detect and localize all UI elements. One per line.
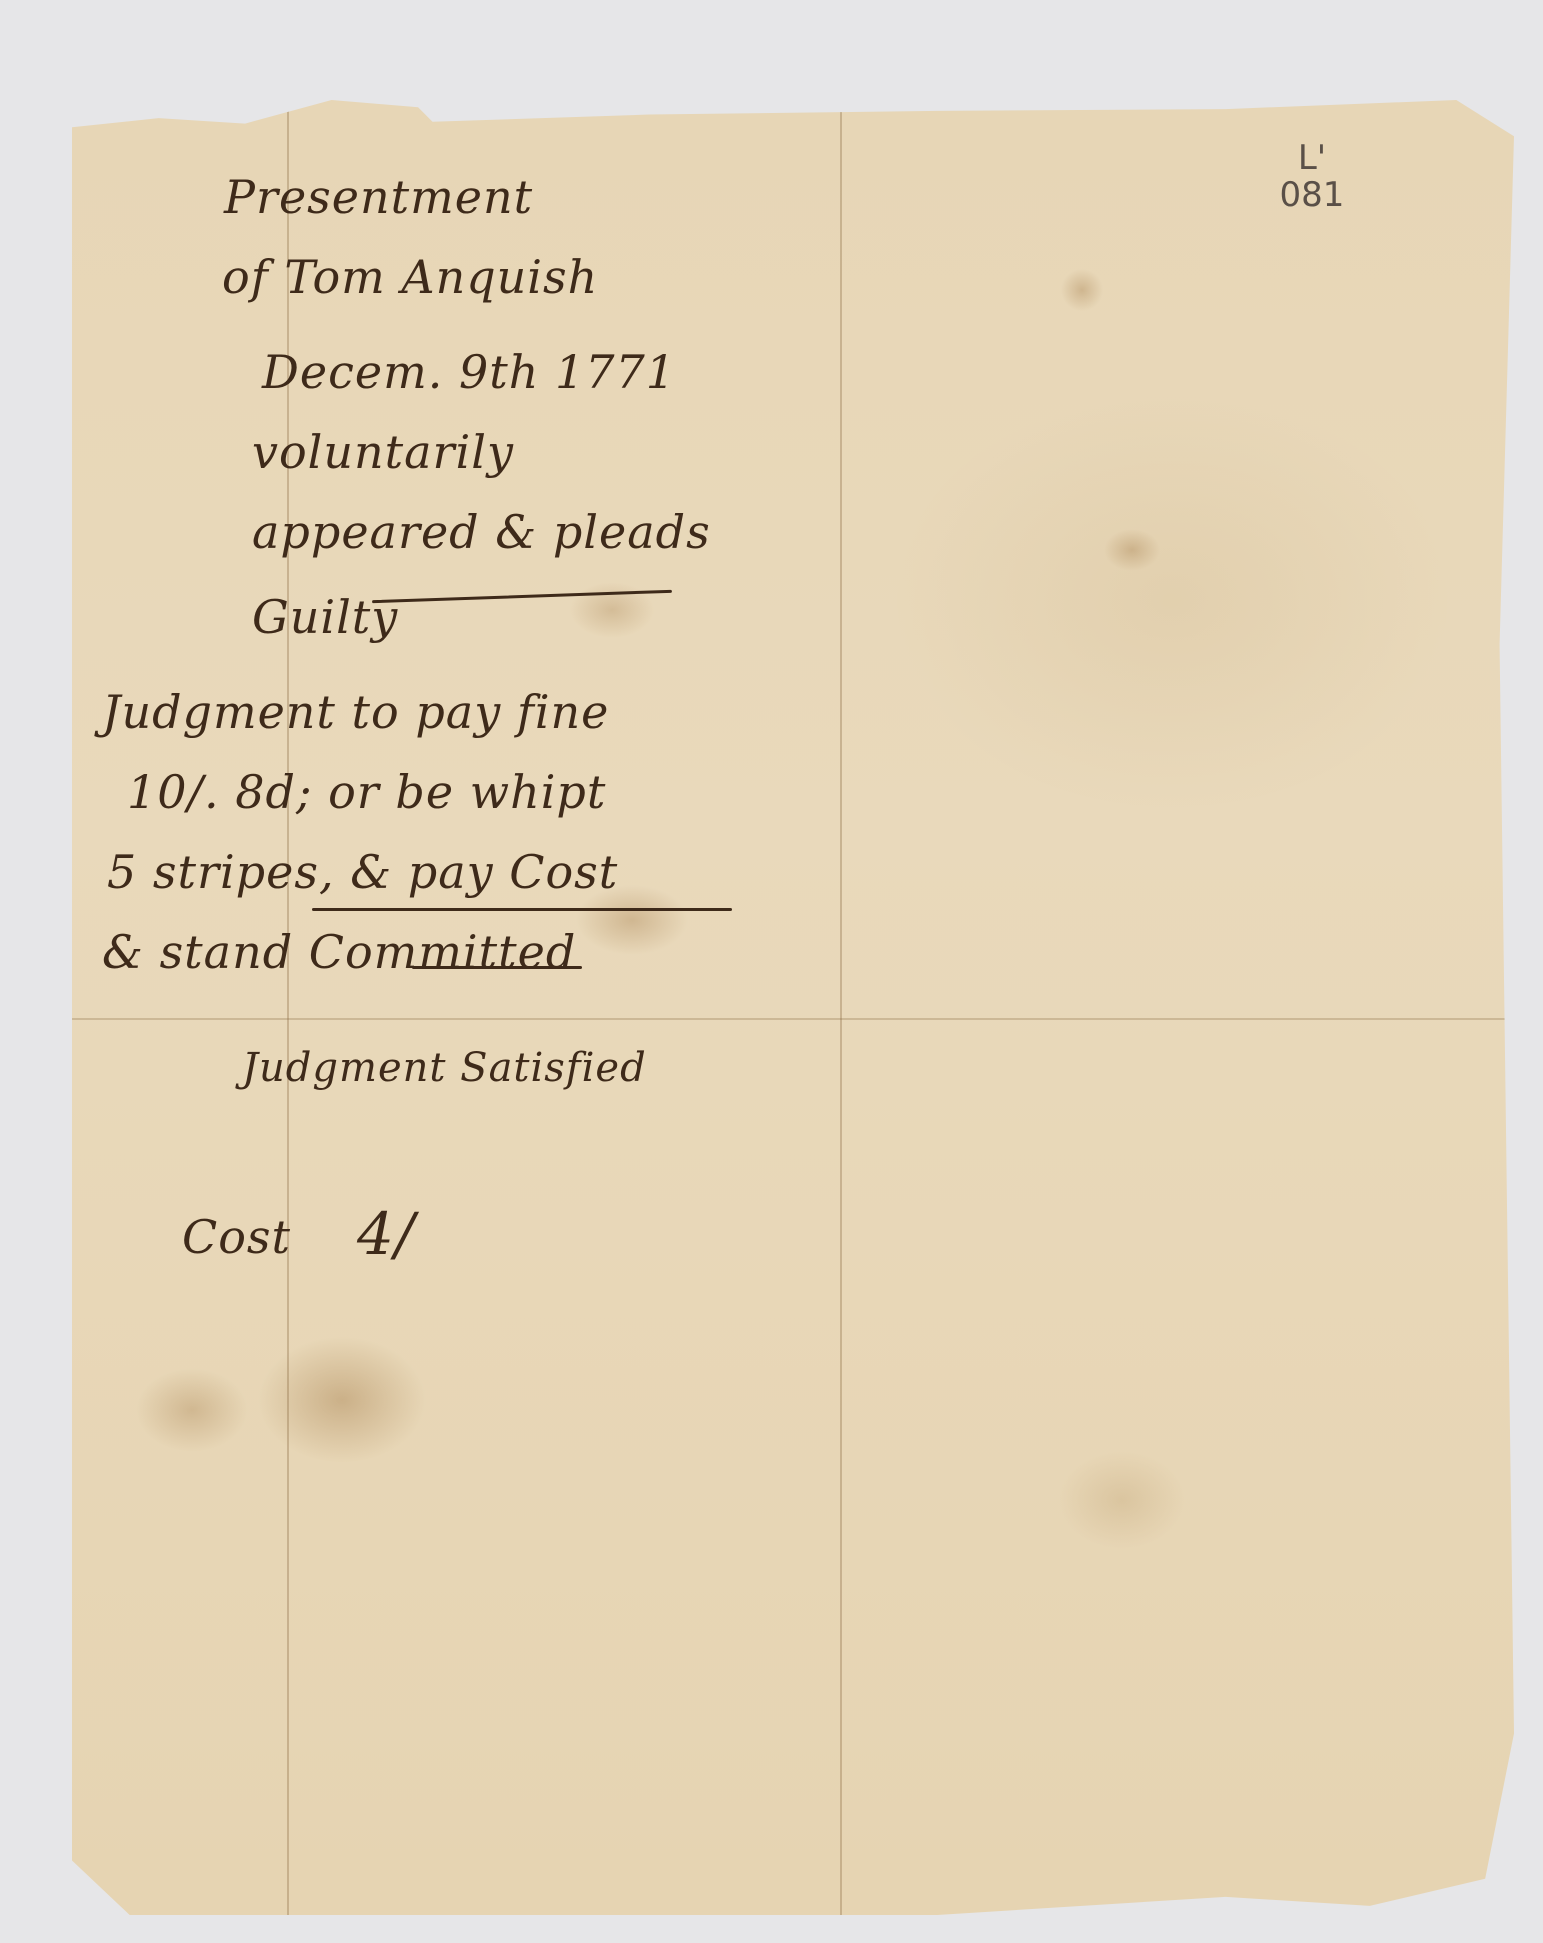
text-fine-amount: 10/. 8d; or be whipt (127, 765, 606, 819)
text-guilty: Guilty (252, 590, 398, 644)
underline-rule (372, 590, 672, 603)
text-judgment: Judgment to pay fine (102, 685, 609, 739)
text-voluntarily: voluntarily (252, 425, 514, 479)
text-judgment-satisfied: Judgment Satisfied (242, 1045, 647, 1091)
text-stripes-cost: 5 stripes, & pay Cost (107, 845, 618, 899)
underline-rule-2 (312, 908, 732, 911)
text-appeared-pleads: appeared & pleads (252, 505, 711, 559)
fold-line-vertical-center (840, 100, 842, 1915)
underline-rule-3 (412, 966, 582, 969)
date-line: Decem. 9th 1771 (262, 345, 676, 399)
text-stand-committed: & stand Committed (102, 925, 576, 979)
document-paper: Presentment of Tom Anquish Decem. 9th 17… (72, 100, 1514, 1915)
fold-line-horizontal (72, 1018, 1514, 1020)
cost-value: 4/ (357, 1200, 415, 1268)
archive-mark-letter: L' (1272, 140, 1352, 177)
heading-presentment: Presentment (224, 170, 533, 224)
defendant-name: of Tom Anquish (222, 250, 598, 304)
archive-mark-number: 081 (1272, 177, 1352, 214)
archive-mark: L' 081 (1272, 140, 1352, 215)
cost-label: Cost (182, 1210, 291, 1264)
